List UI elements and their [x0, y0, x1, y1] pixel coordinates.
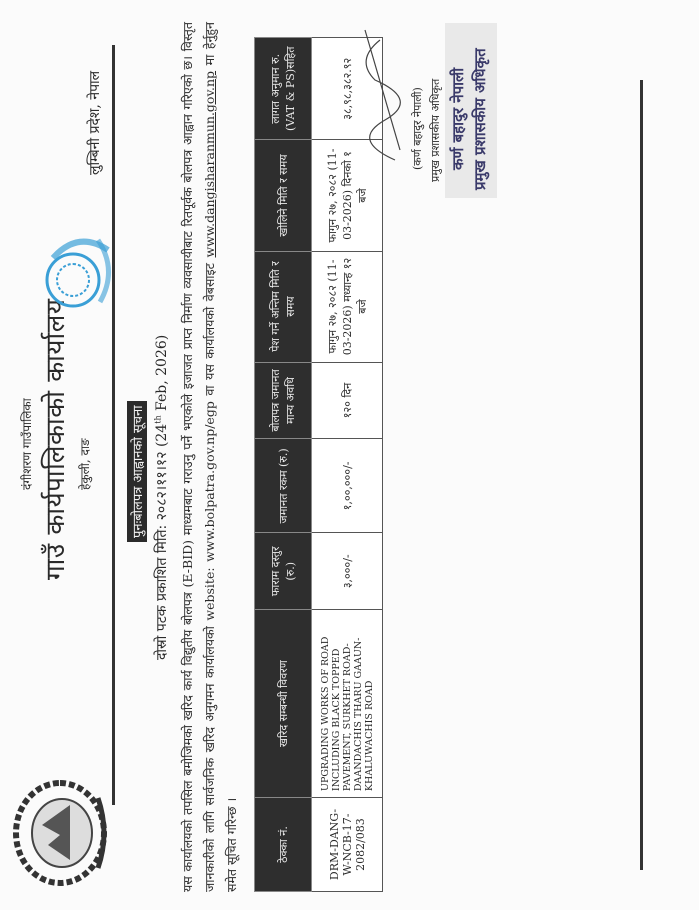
province-name: लुम्बिनी प्रदेश, नेपाल — [85, 71, 104, 175]
cell-bid-security: १,००,०००/- — [312, 439, 383, 533]
notice-body: यस कार्यालयको तपसिल बमोजिमको खरिद कार्य … — [177, 22, 243, 892]
office-location: हेकुली, दाङ — [76, 438, 93, 490]
cell-contract-no: DRM-DANG-W-NCB-17-2082/083 — [312, 798, 383, 892]
col-header-contract-no: ठेक्का नं. — [255, 798, 312, 892]
publish-date-prefix: दोस्रो पटक प्रकाशित मिति: २०८२।११।१२ (24 — [154, 424, 170, 660]
header-divider — [112, 45, 115, 805]
nepal-emblem-logo — [10, 775, 110, 890]
footer-divider — [640, 80, 643, 870]
office-name: गाउँ कार्यपालिकाको कार्यालय — [36, 299, 72, 580]
col-header-cost-estimate: लागत अनुमान रु. (VAT & PS)सहित — [255, 38, 312, 141]
signatory-title: प्रमुख प्रशासकीय अधिकृत — [428, 79, 443, 182]
cell-form-fee: ३,०००/- — [312, 533, 383, 610]
cell-submission-deadline: फागुन २७, २०८२ (11-03-2026) मध्यान्ह १२ … — [312, 251, 383, 362]
publish-date-sup: th — [153, 415, 162, 423]
table-header-row: ठेक्का नं. खरिद सम्बन्धी विवरण फाराम दस्… — [255, 38, 312, 892]
col-header-bid-security: जमानत रकम (रु.) — [255, 439, 312, 533]
seal-name: कर्ण बहादुर नेपाली — [448, 68, 468, 170]
office-stamp-icon — [38, 220, 118, 310]
col-header-description: खरिद सम्बन्धी विवरण — [255, 610, 312, 798]
col-header-opening-time: खोलिने मिति र समय — [255, 140, 312, 251]
municipality-website-link[interactable]: www.dangisharanmun.gov.np — [202, 71, 217, 258]
publish-date: दोस्रो पटक प्रकाशित मिति: २०८२।११।१२ (24… — [152, 335, 171, 660]
col-header-security-validity: बोलपत्र जमानत मान्य अवधि — [255, 362, 312, 439]
rotated-document-page: दंगीशरण गाउँपालिका गाउँ कार्यपालिकाको का… — [0, 0, 699, 910]
seal-title: प्रमुख प्रशासकीय अधिकृत — [470, 48, 490, 190]
cell-description: UPGRADING WORKS OF ROAD INCLUDING BLACK … — [312, 610, 383, 798]
municipality-name: दंगीशरण गाउँपालिका — [18, 398, 35, 490]
publish-date-suffix: Feb, 2026) — [154, 335, 170, 416]
signatory-name: (कर्ण बहादुर नेपाली) — [410, 87, 425, 170]
cell-security-validity: १२० दिन — [312, 362, 383, 439]
col-header-submission-deadline: पेश गर्ने अन्तिम मिति र समय — [255, 251, 312, 362]
notice-title: पुनःबोलपत्र आह्वानको सूचना — [127, 401, 147, 542]
col-header-form-fee: फाराम दस्तुर (रु.) — [255, 533, 312, 610]
